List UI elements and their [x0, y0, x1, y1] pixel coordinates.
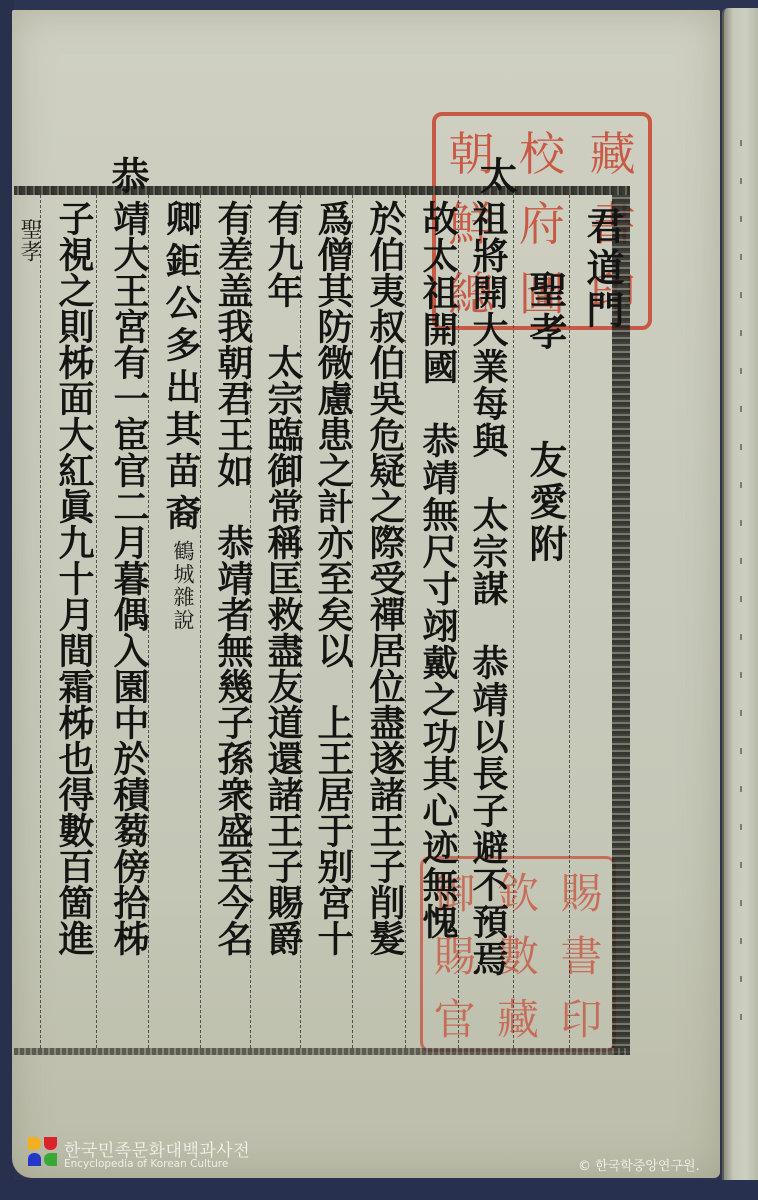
source-note: 鶴城雜說	[168, 540, 198, 632]
encyclopedia-logo-icon	[28, 1137, 58, 1167]
text-column: 子視之則柹面大紅眞九十月間霜柹也得數百箇進	[46, 200, 102, 956]
backdrop-bottom	[0, 1180, 758, 1200]
text-column: 祖將開大業每與 太宗謀 恭靖以長子避不預焉	[462, 200, 514, 977]
column-rule	[40, 195, 41, 1048]
logo-shape	[28, 1137, 41, 1150]
brand-name-english: Encyclopedia of Korean Culture	[64, 1158, 228, 1170]
seal-glyph: 藏	[590, 118, 636, 184]
frame-border-bottom	[14, 1048, 630, 1055]
text-column: 有差盖我朝君王如 恭靖者無幾子孫衆盛至今名	[205, 200, 261, 956]
text-column: 靖大王宮有一宦官二月暮偶入園中於積蒭傍拾柹	[101, 200, 157, 956]
elevated-character: 太	[468, 156, 523, 198]
logo-shape	[28, 1153, 41, 1166]
margin-label: 聖孝	[14, 218, 45, 262]
seal-glyph: 賜	[560, 861, 602, 921]
text-column: 於伯夷叔伯吳危疑之際受禪居位盡遂諸王子削髮	[357, 200, 413, 956]
text-column: 爲僧其防微慮患之計亦至矣以 上王居于别宮十	[305, 200, 361, 956]
text-column: 卿鉅公多出其苗裔	[153, 200, 209, 536]
logo-shape	[44, 1153, 57, 1166]
appendix-note: 友愛附	[517, 440, 573, 566]
spine-marks	[740, 140, 742, 1040]
chapter-heading: 君道門	[574, 206, 630, 332]
text-column: 故太祖開國 恭靖無尺寸翊戴之功其心迹無愧	[410, 200, 466, 940]
seal-glyph: 官	[434, 987, 476, 1047]
seal-glyph: 印	[560, 987, 602, 1047]
elevated-character: 恭	[100, 156, 155, 198]
seal-glyph: 校	[519, 118, 565, 184]
subchapter-heading: 聖孝	[517, 270, 573, 354]
copyright-notice: © 한국학중앙연구원.	[578, 1155, 700, 1174]
seal-glyph: 書	[560, 924, 602, 984]
text-column: 有九年 太宗臨御常稱匡救盡友道還諸王子賜爵	[255, 200, 311, 956]
logo-shape	[44, 1137, 57, 1150]
seal-glyph: 府	[519, 188, 565, 254]
seal-glyph: 藏	[497, 987, 539, 1047]
